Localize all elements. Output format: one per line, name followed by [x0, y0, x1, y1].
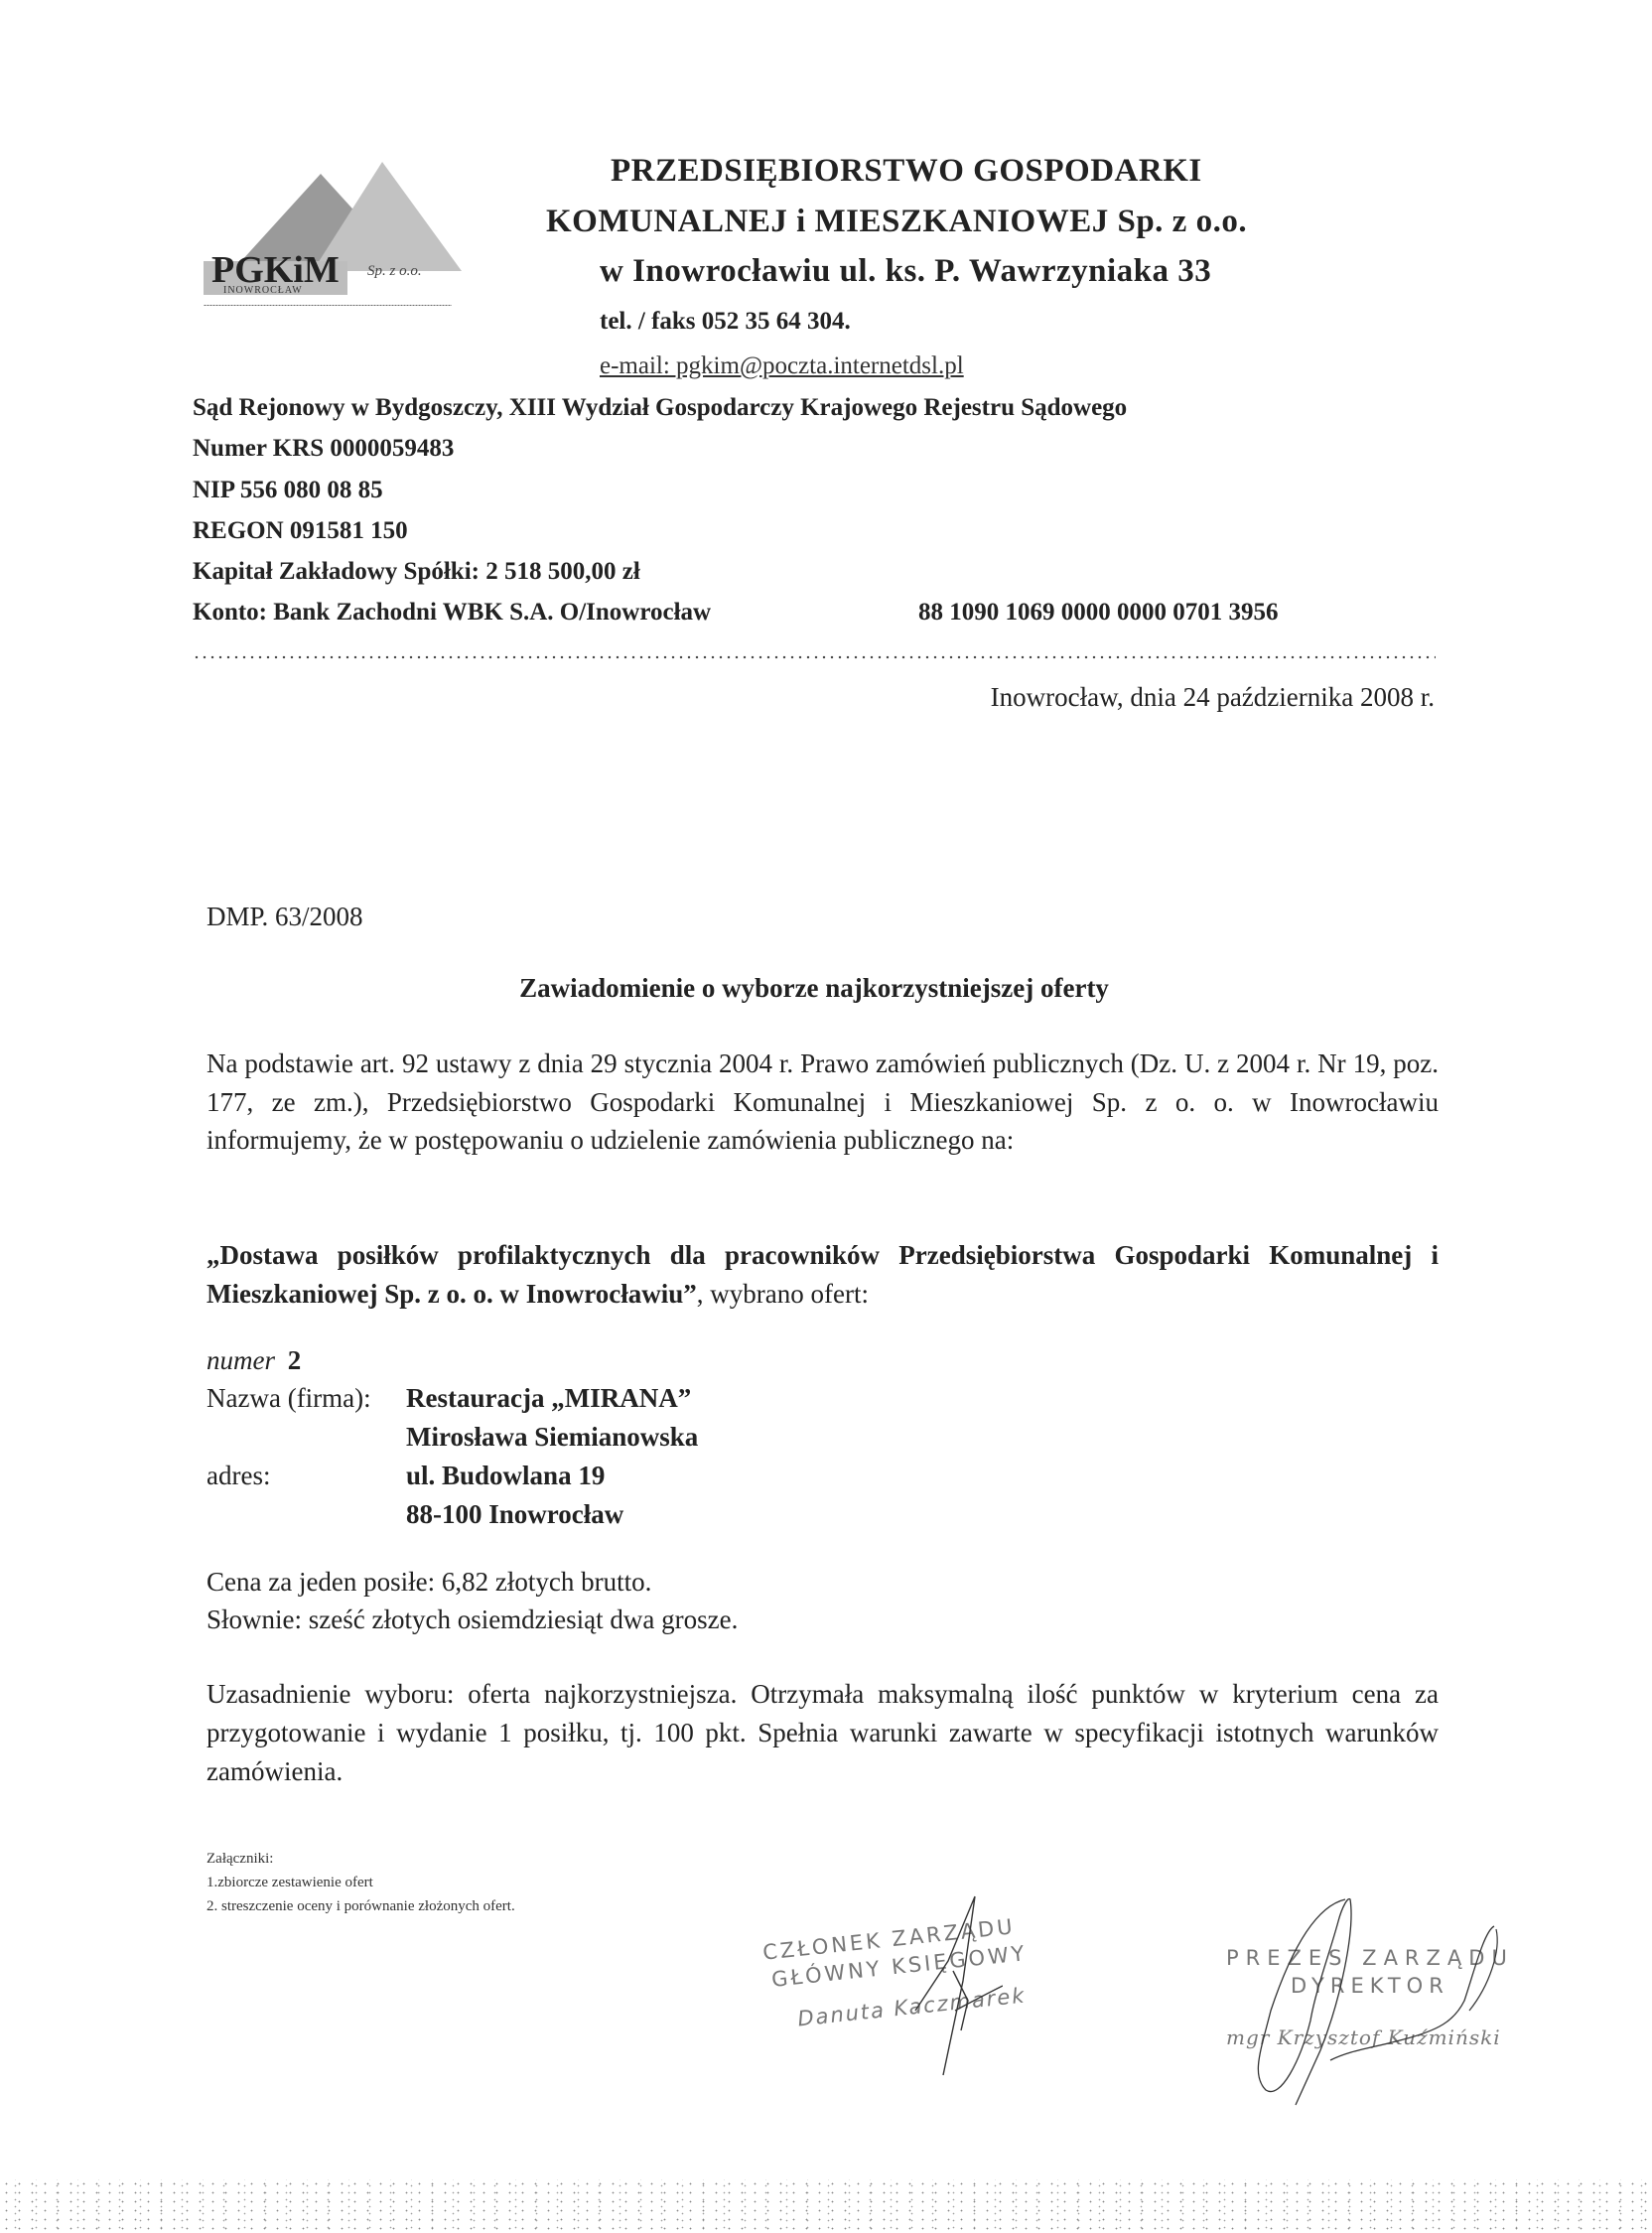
offer-name-label: Nazwa (firma):	[206, 1383, 371, 1414]
offer-name-line1: Restauracja „MIRANA”	[406, 1383, 691, 1414]
signature-right	[1221, 1891, 1519, 2110]
bank-account-number: 88 1090 1069 0000 0000 0701 3956	[918, 599, 1279, 627]
intro-paragraph: Na podstawie art. 92 ustawy z dnia 29 st…	[206, 1045, 1439, 1160]
offer-number-label: numer	[206, 1345, 275, 1375]
logo-suffix: Sp. z o.o.	[367, 263, 422, 280]
court-registry: Sąd Rejonowy w Bydgoszczy, XIII Wydział …	[193, 394, 1127, 422]
signature-left	[894, 1891, 1003, 2080]
company-phone: tel. / faks 052 35 64 304.	[600, 308, 851, 336]
company-name-line1: PRZEDSIĘBIORSTWO GOSPODARKI	[611, 153, 1202, 190]
company-address: w Inowrocławiu ul. ks. P. Wawrzyniaka 33	[600, 253, 1211, 290]
company-name-line2: KOMUNALNEJ i MIESZKANIOWEJ Sp. z o.o.	[546, 204, 1247, 240]
offer-address-label: adres:	[206, 1461, 270, 1491]
reference-number: DMP. 63/2008	[206, 902, 363, 932]
justification-paragraph: Uzasadnienie wyboru: oferta najkorzystni…	[206, 1675, 1439, 1791]
offer-name-line2: Mirosława Siemianowska	[406, 1422, 698, 1453]
krs-number: Numer KRS 0000059483	[193, 435, 454, 463]
attachment-item: 1.zbiorcze zestawienie ofert	[206, 1875, 373, 1891]
logo-underline	[204, 305, 452, 306]
attachment-item: 2. streszczenie oceny i porównanie złożo…	[206, 1898, 515, 1915]
attachments-label: Załączniki:	[206, 1851, 273, 1868]
dotted-separator	[193, 655, 1436, 659]
price-line: Cena za jeden posiłe: 6,82 złotych brutt…	[206, 1567, 651, 1598]
bank-account-label: Konto: Bank Zachodni WBK S.A. O/Inowrocł…	[193, 599, 711, 627]
contract-paragraph: „Dostawa posiłków profilaktycznych dla p…	[206, 1236, 1439, 1314]
company-logo: PGKiM INOWROCŁAW Sp. z o.o.	[204, 154, 452, 308]
company-email-link[interactable]: e-mail: pgkim@poczta.internetdsl.pl	[600, 352, 964, 380]
offer-address-line1: ul. Budowlana 19	[406, 1461, 605, 1491]
date-line: Inowrocław, dnia 24 października 2008 r.	[991, 682, 1435, 713]
offer-number: 2	[288, 1345, 302, 1375]
price-in-words: Słownie: sześć złotych osiemdziesiąt dwa…	[206, 1605, 738, 1635]
share-capital: Kapitał Zakładowy Spółki: 2 518 500,00 z…	[193, 558, 640, 586]
offer-number-row: numer 2	[206, 1345, 301, 1376]
document-title: Zawiadomienie o wyborze najkorzystniejsz…	[0, 973, 1628, 1004]
regon-number: REGON 091581 150	[193, 517, 408, 545]
logo-city: INOWROCŁAW	[223, 285, 303, 296]
offer-address-line2: 88-100 Inowrocław	[406, 1499, 623, 1530]
scan-noise	[0, 2179, 1652, 2233]
contract-suffix: , wybrano ofert:	[697, 1279, 869, 1309]
nip-number: NIP 556 080 08 85	[193, 477, 383, 504]
